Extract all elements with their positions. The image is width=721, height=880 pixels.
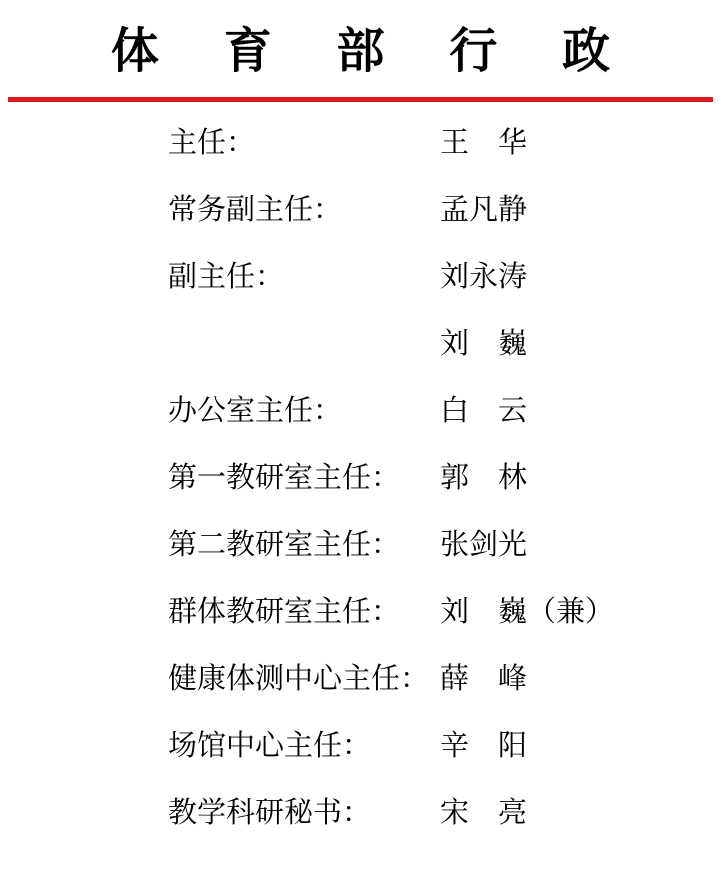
position-label: 群体教研室主任： [168,597,400,627]
position-label: 常务副主任： [168,195,342,225]
person-name: 刘永涛 [440,262,527,292]
person-name: 辛 阳 [440,731,527,761]
position-label: 第二教研室主任： [168,530,400,560]
page-title: 体育部行政 [0,20,721,84]
roster-row: 群体教研室主任： 刘 巍（兼） [0,597,721,627]
position-label: 主任： [168,128,255,158]
roster-row: 副主任： 刘永涛 [0,262,721,292]
roster-row: 办公室主任： 白 云 [0,396,721,426]
roster-row: 场馆中心主任： 辛 阳 [0,731,721,761]
roster-row: 刘 巍 [0,329,721,359]
position-label: 办公室主任： [168,396,342,426]
staff-roster: 主任： 王 华 常务副主任： 孟凡静 副主任： 刘永涛 刘 巍 办公室主任： 白… [0,128,721,865]
roster-row: 常务副主任： 孟凡静 [0,195,721,225]
person-name: 郭 林 [440,463,527,493]
roster-row: 教学科研秘书： 宋 亮 [0,798,721,828]
person-name: 刘 巍 [440,329,527,359]
roster-row: 主任： 王 华 [0,128,721,158]
person-name: 薛 峰 [440,664,527,694]
person-name: 孟凡静 [440,195,527,225]
person-name: 白 云 [440,396,527,426]
position-label: 教学科研秘书： [168,798,371,828]
roster-row: 第二教研室主任： 张剑光 [0,530,721,560]
person-name: 张剑光 [440,530,527,560]
person-name: 宋 亮 [440,798,527,828]
position-label: 第一教研室主任： [168,463,400,493]
person-name: 刘 巍（兼） [440,597,614,627]
red-divider-rule [8,97,713,102]
position-label: 副主任： [168,262,284,292]
position-label: 健康体测中心主任： [168,664,429,694]
roster-row: 第一教研室主任： 郭 林 [0,463,721,493]
roster-row: 健康体测中心主任： 薛 峰 [0,664,721,694]
person-name: 王 华 [440,128,527,158]
position-label: 场馆中心主任： [168,731,371,761]
